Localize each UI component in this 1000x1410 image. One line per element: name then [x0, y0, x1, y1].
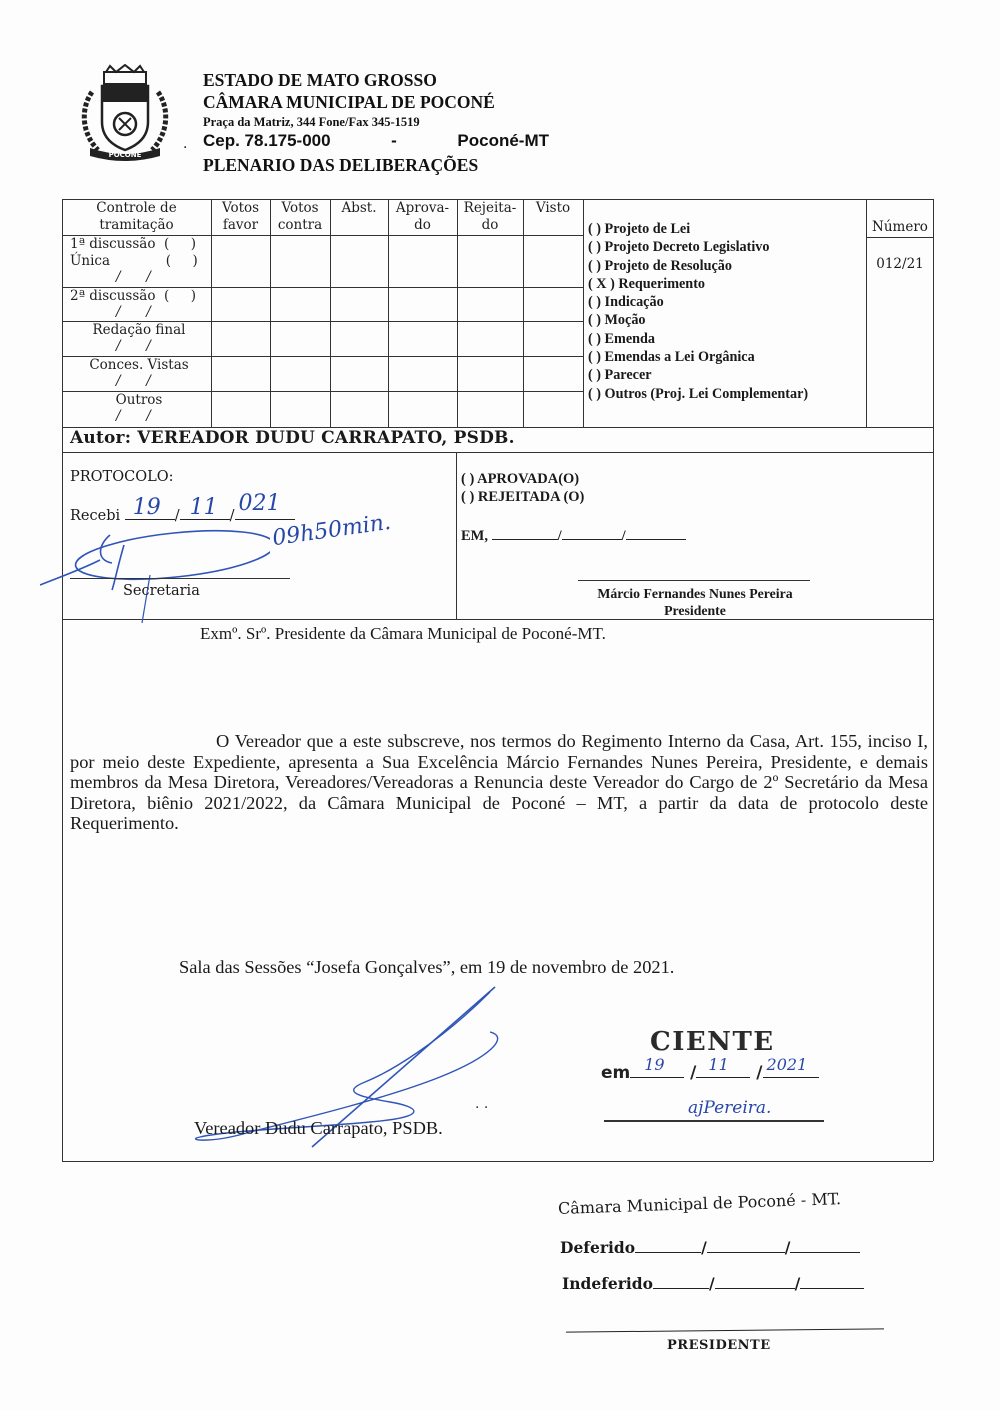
place-date: Sala das Sessões “Josefa Gonçalves”, em … [179, 957, 674, 978]
column-header: Abst. [330, 200, 388, 234]
numero-value: 012/21 [867, 256, 933, 272]
column-header: Controle detramitação [62, 200, 211, 234]
indeferido-line: Indeferido// [562, 1274, 864, 1293]
secretary-signature-icon [40, 515, 270, 625]
tramitation-date-field[interactable]: / / [70, 305, 208, 319]
document-type-list: ( ) Projeto de Lei( ) Projeto Decreto Le… [588, 220, 808, 403]
grid-line [62, 1161, 933, 1162]
president-signature-block: Márcio Fernandes Nunes Pereira President… [578, 585, 812, 619]
ciente-day-field: 19 [630, 1065, 684, 1078]
protocol-label: PROTOCOLO: [70, 469, 174, 485]
author-line: Autor: VEREADOR DUDU CARRAPATO, PSDB. [70, 428, 515, 448]
deferido-year-field[interactable] [790, 1240, 860, 1253]
column-header: Visto [523, 200, 583, 234]
letterhead-city: Poconé-MT [457, 131, 549, 151]
tramitation-row-label: Conces. Vistas/ / [70, 357, 208, 388]
grid-line [933, 199, 934, 1161]
president-title: Presidente [578, 602, 812, 619]
tramitation-date-field[interactable]: / / [70, 270, 208, 284]
document-type-option[interactable]: ( ) Projeto Decreto Legislativo [588, 238, 808, 256]
ciente-em-label: em [601, 1063, 630, 1083]
signer-name: Vereador Dudu Carrapato, PSDB. [194, 1118, 443, 1139]
approved-checkbox[interactable]: ( ) APROVADA(O) [461, 470, 584, 488]
letterhead-chamber: CÂMARA MUNICIPAL DE POCONÉ [203, 92, 495, 113]
municipal-coat-of-arms-icon: POCONÉ [76, 64, 174, 162]
tramitation-date-field[interactable]: / / [70, 409, 208, 423]
decision-date-label: EM, [461, 528, 488, 544]
president-name: Márcio Fernandes Nunes Pereira [578, 585, 812, 602]
dot-mark: · [183, 140, 187, 156]
ciente-month-field: 11 [696, 1065, 750, 1078]
ciente-stamp-date: em19 /11 /2021 [601, 1063, 819, 1083]
decision-month-field[interactable] [562, 527, 622, 540]
ciente-stamp-title: CIENTE [650, 1027, 775, 1057]
president-signature-line [578, 580, 810, 581]
numero-label: Número [867, 219, 933, 235]
indeferido-year-field[interactable] [800, 1276, 864, 1289]
grid-line [62, 452, 933, 453]
letterhead-cep: Cep. 78.175-000 [203, 131, 331, 151]
column-header: Votosfavor [211, 200, 270, 234]
document-type-option[interactable]: ( ) Projeto de Resolução [588, 257, 808, 275]
tramitation-date-field[interactable]: / / [70, 374, 208, 388]
decision-options: ( ) APROVADA(O) ( ) REJEITADA (O) [461, 470, 584, 506]
indeferido-day-field[interactable] [653, 1276, 709, 1289]
column-header: Rejeita-do [457, 200, 523, 234]
letterhead-plenary: PLENARIO DAS DELIBERAÇÕES [203, 155, 478, 176]
column-header: Votoscontra [270, 200, 330, 234]
letterhead-cep-separator: - [391, 131, 397, 151]
deferido-line: Deferido// [560, 1238, 860, 1257]
letterhead-address: Praça da Matriz, 344 Fone/Fax 345-1519 [203, 115, 420, 130]
ciente-signature: ajPereira. [688, 1098, 771, 1118]
document-type-option[interactable]: ( ) Indicação [588, 293, 808, 311]
deferido-label: Deferido [560, 1238, 635, 1257]
document-type-option[interactable]: ( ) Emenda [588, 330, 808, 348]
tramitation-row-label: Outros/ / [70, 392, 208, 423]
grid-line [583, 199, 584, 427]
secretary-signature-line [70, 578, 290, 579]
tramitation-row-label: 2ª discussão ( )/ / [70, 288, 208, 319]
document-type-option[interactable]: ( ) Parecer [588, 366, 808, 384]
deferido-day-field[interactable] [635, 1240, 701, 1253]
tramitation-row-label: 1ª discussão ( )Única ( )/ / [70, 236, 208, 284]
document-type-option[interactable]: ( ) Projeto de Lei [588, 220, 808, 238]
ciente-signature-line [604, 1120, 824, 1122]
grid-line [866, 237, 933, 238]
indeferido-label: Indeferido [562, 1274, 653, 1293]
tramitation-row-label: Redação final/ / [70, 322, 208, 353]
letterhead-state: ESTADO DE MATO GROSSO [203, 70, 437, 91]
deferido-month-field[interactable] [707, 1240, 785, 1253]
decision-date-line: EM, // [461, 527, 686, 545]
footer-president-signature-line [566, 1328, 884, 1332]
footer-chamber: Câmara Municipal de Poconé - MT. [558, 1189, 842, 1218]
footer-president-label: PRESIDENTE [667, 1338, 771, 1353]
tramitation-date-field[interactable]: / / [70, 339, 208, 353]
document-type-option[interactable]: ( ) Outros (Proj. Lei Complementar) [588, 385, 808, 403]
ciente-year-field: 2021 [763, 1065, 819, 1078]
decision-day-field[interactable] [492, 527, 558, 540]
letter-body: O Vereador que a este subscreve, nos ter… [70, 731, 928, 834]
decision-year-field[interactable] [626, 527, 686, 540]
svg-text:POCONÉ: POCONÉ [109, 150, 142, 159]
salutation: Exmº. Srº. Presidente da Câmara Municipa… [200, 624, 606, 644]
letterhead-cep-line: Cep. 78.175-000 - Poconé-MT [203, 131, 549, 151]
document-type-option[interactable]: ( ) Emendas a Lei Orgânica [588, 348, 808, 366]
grid-line [456, 452, 457, 619]
column-header: Aprova-do [388, 200, 457, 234]
secretary-label: Secretaria [123, 583, 200, 599]
rejected-checkbox[interactable]: ( ) REJEITADA (O) [461, 488, 584, 506]
document-type-option[interactable]: ( X ) Requerimento [588, 275, 808, 293]
svg-text:· ·: · · [475, 1100, 488, 1116]
document-type-option[interactable]: ( ) Moção [588, 311, 808, 329]
indeferido-month-field[interactable] [715, 1276, 795, 1289]
grid-line [62, 199, 63, 1161]
